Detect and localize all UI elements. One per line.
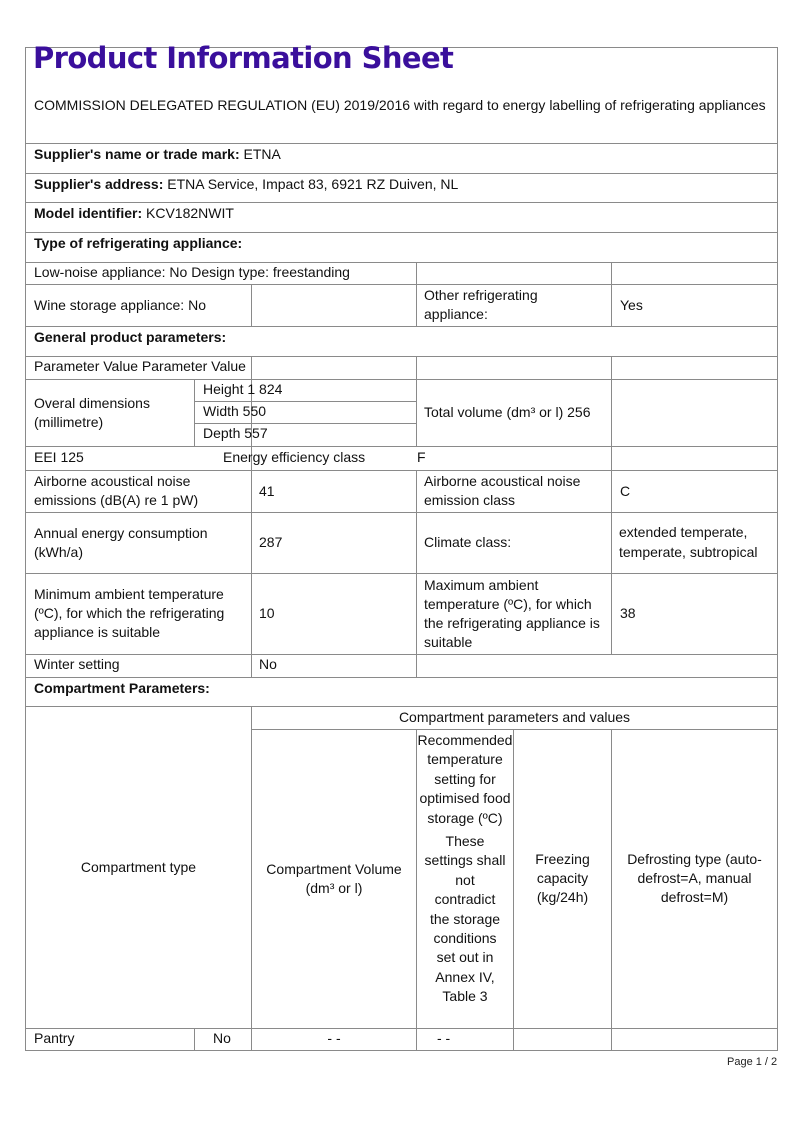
table-border-right (777, 47, 778, 1051)
noise-emissions-value: 41 (259, 470, 275, 512)
row-divider (25, 446, 778, 447)
row-divider (25, 173, 778, 174)
compartment-parameters-heading: Compartment Parameters: (34, 679, 210, 698)
compartment-temperature-cell: - - (437, 1029, 450, 1048)
col-divider (416, 470, 417, 677)
row-divider (25, 232, 778, 233)
annual-energy-label: Annual energy consumption (kWh/a) (34, 512, 246, 573)
other-appliance-value: Yes (620, 284, 643, 326)
low-noise-design-type: Low-noise appliance: No Design type: fre… (34, 263, 350, 282)
compartment-present-cell: No (213, 1029, 231, 1048)
energy-class-label: Energy efficiency class (223, 448, 365, 467)
supplier-name: Supplier's name or trade mark: ETNA (34, 145, 281, 164)
col-divider (194, 379, 195, 446)
recommended-temperature-header: Recommended temperature setting for opti… (413, 731, 517, 1007)
recommended-temperature-text: Recommended temperature setting for opti… (413, 731, 517, 828)
winter-setting-label: Winter setting (34, 655, 120, 674)
compartment-volume-cell: - - (252, 1029, 416, 1048)
general-parameters-heading: General product parameters: (34, 328, 226, 347)
dimensions-label: Overal dimensions (millimetre) (34, 379, 189, 446)
eei-value: EEI 125 (34, 448, 84, 467)
supplier-address: Supplier's address: ETNA Service, Impact… (34, 175, 458, 194)
product-information-sheet: Product Information Sheet COMMISSION DEL… (0, 0, 802, 1134)
table-border-bottom (25, 1050, 778, 1051)
climate-class-label: Climate class: (424, 512, 511, 573)
compartment-group-header: Compartment parameters and values (252, 706, 777, 729)
col-divider (611, 262, 612, 326)
model-identifier-label: Model identifier: (34, 205, 142, 221)
supplier-address-label: Supplier's address: (34, 176, 163, 192)
col-divider (416, 262, 417, 326)
row-divider (25, 677, 778, 678)
parameter-header: Parameter Value Parameter Value (34, 357, 246, 376)
regulation-text: COMMISSION DELEGATED REGULATION (EU) 201… (34, 96, 769, 115)
total-volume: Total volume (dm³ or l) 256 (424, 379, 591, 446)
model-identifier-value: KCV182NWIT (142, 205, 234, 221)
supplier-address-value: ETNA Service, Impact 83, 6921 RZ Duiven,… (163, 176, 458, 192)
min-temperature-value: 10 (259, 573, 275, 654)
row-divider (25, 326, 778, 327)
energy-class-value: F (417, 448, 426, 467)
climate-class-value: extended temperate, temperate, subtropic… (619, 512, 774, 573)
other-appliance-label: Other refrigerating appliance: (424, 284, 604, 326)
noise-class-label: Airborne acoustical noise emission class (424, 470, 606, 512)
defrosting-type-header: Defrosting type (auto-defrost=A, manual … (612, 729, 777, 1028)
page-title: Product Information Sheet (33, 49, 453, 68)
winter-setting-value: No (259, 655, 277, 674)
supplier-name-value: ETNA (240, 146, 281, 162)
wine-storage-appliance: Wine storage appliance: No (34, 284, 206, 326)
appliance-type-heading: Type of refrigerating appliance: (34, 234, 242, 253)
dimension-width: Width 550 (203, 402, 266, 421)
col-divider (251, 284, 252, 326)
compartment-type-cell: Pantry (34, 1029, 74, 1048)
col-divider (611, 356, 612, 470)
noise-class-value: C (620, 470, 630, 512)
row-divider (25, 143, 778, 144)
page-number: Page 1 / 2 (727, 1056, 777, 1068)
model-identifier: Model identifier: KCV182NWIT (34, 204, 234, 223)
freezing-capacity-header: Freezing capacity (kg/24h) (514, 729, 611, 1028)
col-divider (194, 1028, 195, 1050)
noise-emissions-label: Airborne acoustical noise emissions (dB(… (34, 470, 246, 512)
row-divider (25, 202, 778, 203)
min-temperature-label: Minimum ambient temperature (ºC), for wh… (34, 573, 246, 654)
storage-conditions-note: These settings shall not contradict the … (413, 832, 517, 1007)
max-temperature-value: 38 (620, 573, 636, 654)
dimension-depth: Depth 557 (203, 424, 268, 443)
col-divider (611, 470, 612, 654)
supplier-name-label: Supplier's name or trade mark: (34, 146, 240, 162)
max-temperature-label: Maximum ambient temperature (ºC), for wh… (424, 573, 606, 654)
compartment-volume-header: Compartment Volume (dm³ or l) (252, 729, 416, 1028)
annual-energy-value: 287 (259, 512, 282, 573)
row-divider (25, 654, 778, 655)
dimension-height: Height 1 824 (203, 380, 282, 399)
col-divider (416, 356, 417, 446)
compartment-type-header: Compartment type (26, 706, 251, 1028)
